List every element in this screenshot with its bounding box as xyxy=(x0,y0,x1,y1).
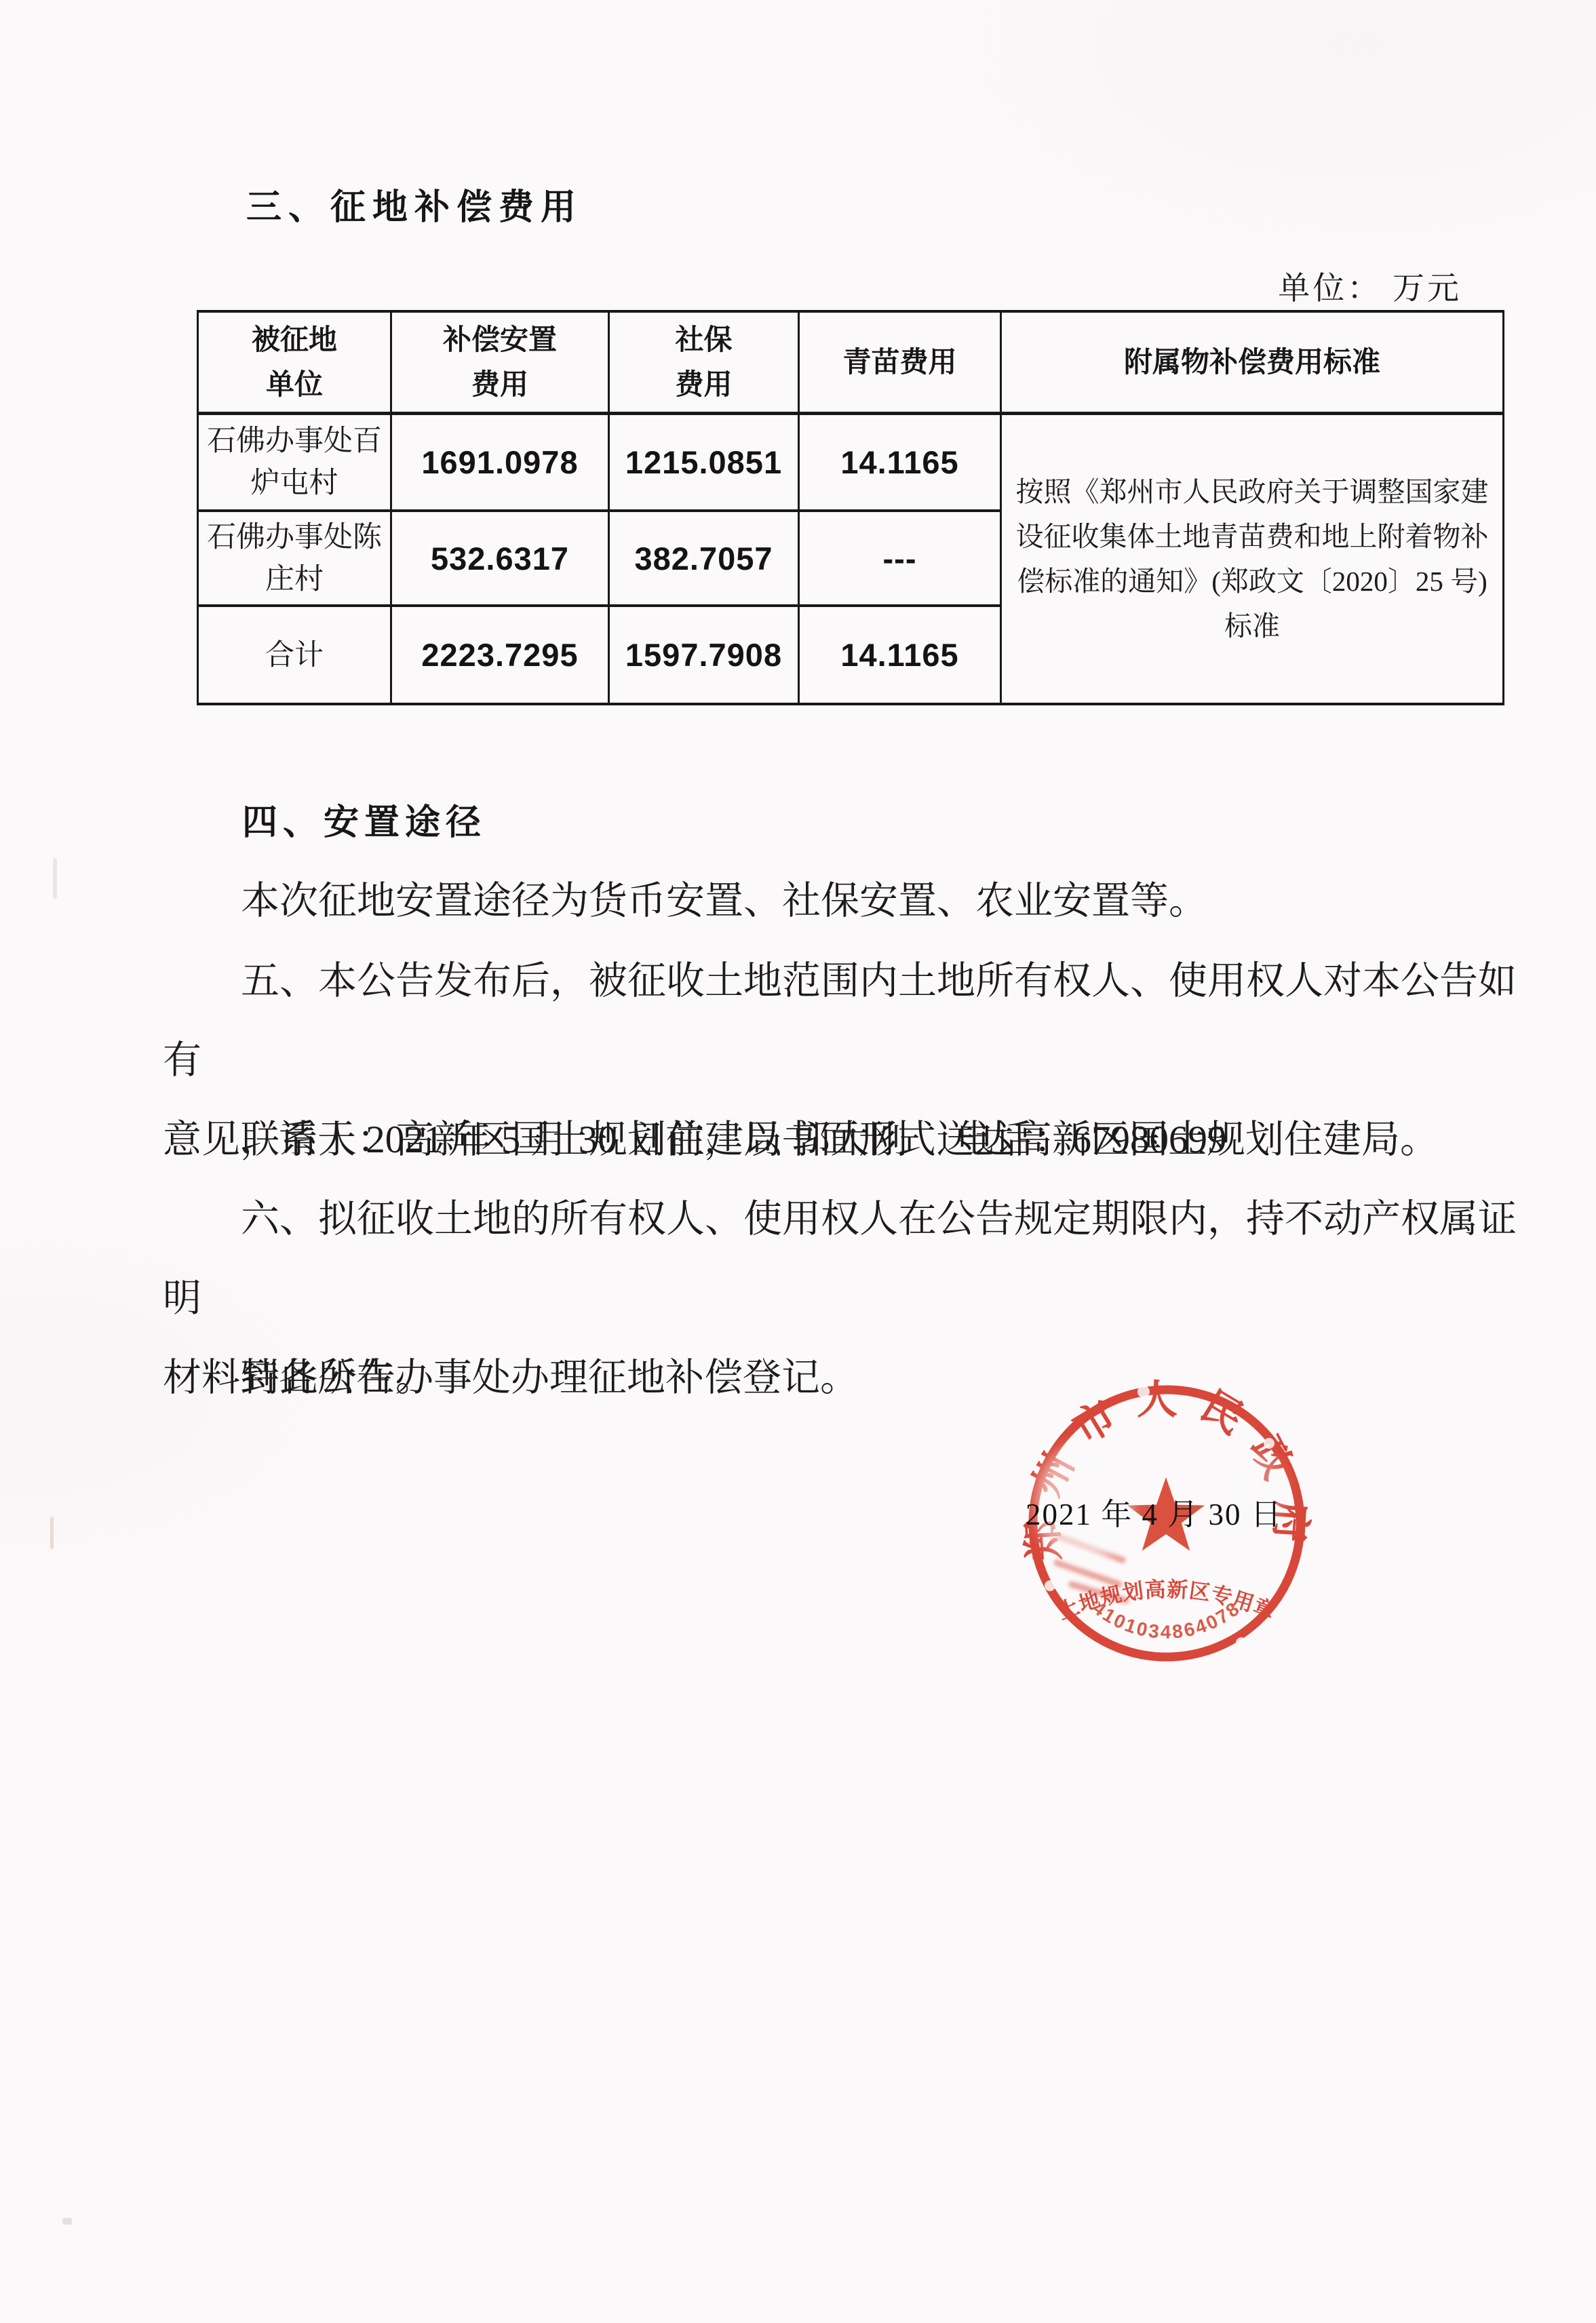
cell-seedling: 14.1165 xyxy=(799,413,1001,511)
section4-heading: 四、安置途径 xyxy=(242,804,486,842)
cell-unit: 石佛办事处陈 庄村 xyxy=(198,511,391,606)
cell-compensation: 1691.0978 xyxy=(391,413,609,511)
col-header-seedling: 青苗费用 xyxy=(799,311,1001,413)
cell-seedling: 14.1165 xyxy=(799,606,1001,704)
cell-unit: 合计 xyxy=(198,606,391,704)
cell-compensation: 2223.7295 xyxy=(391,606,609,704)
paragraph-resettlement: 本次征地安置途径为货币安置、社保安置、农业安置等。 xyxy=(163,861,1533,941)
scan-artifact xyxy=(53,858,57,899)
compensation-table: 被征地 单位 补偿安置 费用 社保 费用 青苗费用 附属物补偿费用标准 石佛办事… xyxy=(197,310,1504,705)
contact-line: 联系人：高新区国土规划住建局 郭大刚 电话：67980699 xyxy=(163,1100,1533,1179)
cell-seedling: --- xyxy=(799,511,1001,606)
document-page: 三、征地补偿费用 单位： 万元 被征地 单位 补偿安置 费用 社保 费用 青苗费… xyxy=(0,0,1596,2323)
col-header-unit: 被征地 单位 xyxy=(198,311,391,413)
col-header-social: 社保 费用 xyxy=(609,311,799,413)
cell-unit: 石佛办事处百 炉屯村 xyxy=(198,413,391,511)
scan-artifact xyxy=(50,1517,54,1549)
section3-heading: 三、征地补偿费用 xyxy=(246,189,583,227)
cell-social: 382.7057 xyxy=(609,511,799,606)
issue-date: 2021 年 4 月 30 日 xyxy=(1026,1489,1283,1534)
cell-social: 1597.7908 xyxy=(609,606,799,704)
unit-label: 单位： 万元 xyxy=(1153,263,1462,309)
scan-artifact xyxy=(62,2218,72,2225)
attachment-note: 按照《郑州市人民政府关于调整国家建 设征收集体土地青苗费和地上附着物补 偿标准的… xyxy=(1001,413,1504,704)
seal-office-text: 土地规划高新区专用章 xyxy=(1054,1578,1279,1624)
col-header-compensation: 补偿安置 费用 xyxy=(391,311,609,413)
cell-social: 1215.0851 xyxy=(609,413,799,511)
col-header-attachment: 附属物补偿费用标准 xyxy=(1001,311,1504,413)
cell-compensation: 532.6317 xyxy=(391,511,609,606)
closing-line: 特此公告。 xyxy=(163,1338,1533,1418)
table-row: 石佛办事处百 炉屯村 1691.0978 1215.0851 14.1165 按… xyxy=(198,413,1504,511)
